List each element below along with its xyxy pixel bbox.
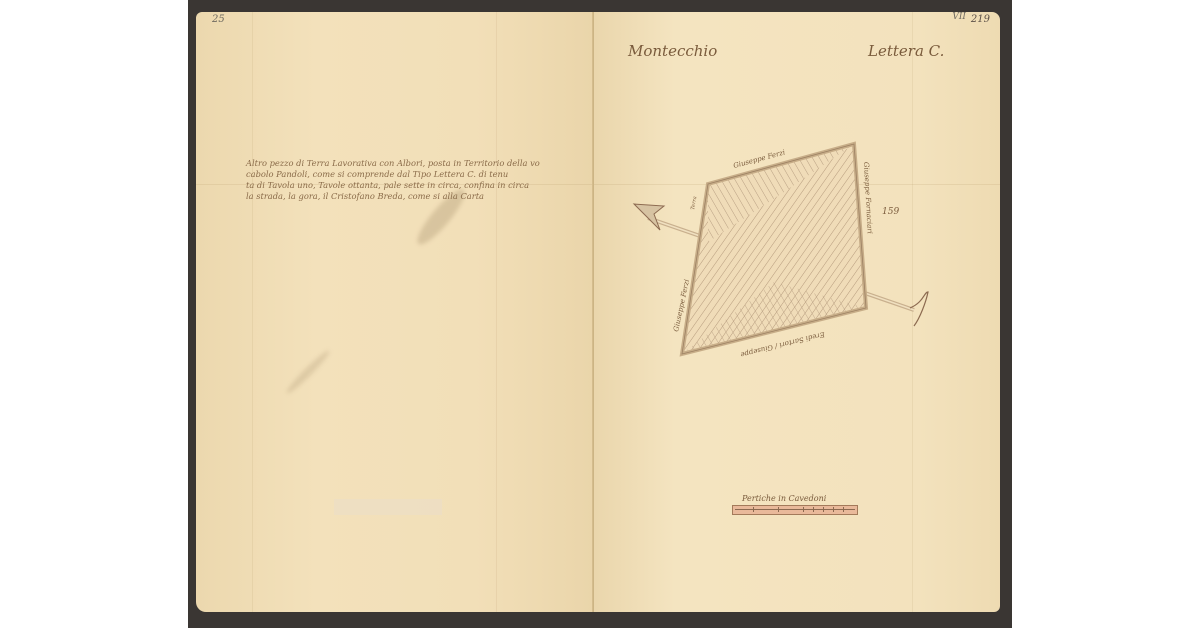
scale-label: Pertiche in Cavedoni [742, 494, 826, 503]
offset-scale-mark [334, 499, 442, 515]
margin-crease [496, 12, 497, 612]
ink-stain [284, 348, 332, 396]
description-line: ta di Tavola uno, Tavole ottanta, pale s… [246, 180, 566, 191]
description-line: la strada, la gora, il Cristofano Breda,… [246, 191, 566, 202]
boundary-label-top-left: Terra [690, 196, 698, 211]
scan-frame: 25 Altro pezzo di Terra Lavorativa con A… [188, 0, 1012, 628]
margin-crease [252, 12, 253, 612]
parcel-map: Giuseppe Ferzi Terra Giuseppe Fornaciari… [624, 132, 954, 382]
letter-heading: Lettera C. [868, 42, 944, 60]
folio-prefix: VII [952, 12, 966, 22]
folio-number: 219 [971, 14, 990, 25]
description-line: cabolo Pandoli, come si comprende dal Ti… [246, 169, 566, 180]
boundary-label-right: Giuseppe Fornaciari [862, 162, 874, 234]
left-page: 25 Altro pezzo di Terra Lavorativa con A… [196, 12, 594, 612]
right-page: VII 219 Montecchio Lettera C. [594, 12, 1000, 612]
place-heading: Montecchio [628, 42, 717, 60]
scale-bar [732, 505, 858, 515]
parcel-number: 159 [882, 207, 899, 217]
parcel-description: Altro pezzo di Terra Lavorativa con Albo… [246, 158, 566, 202]
folio-number: 25 [212, 14, 225, 25]
description-line: Altro pezzo di Terra Lavorativa con Albo… [246, 158, 566, 169]
